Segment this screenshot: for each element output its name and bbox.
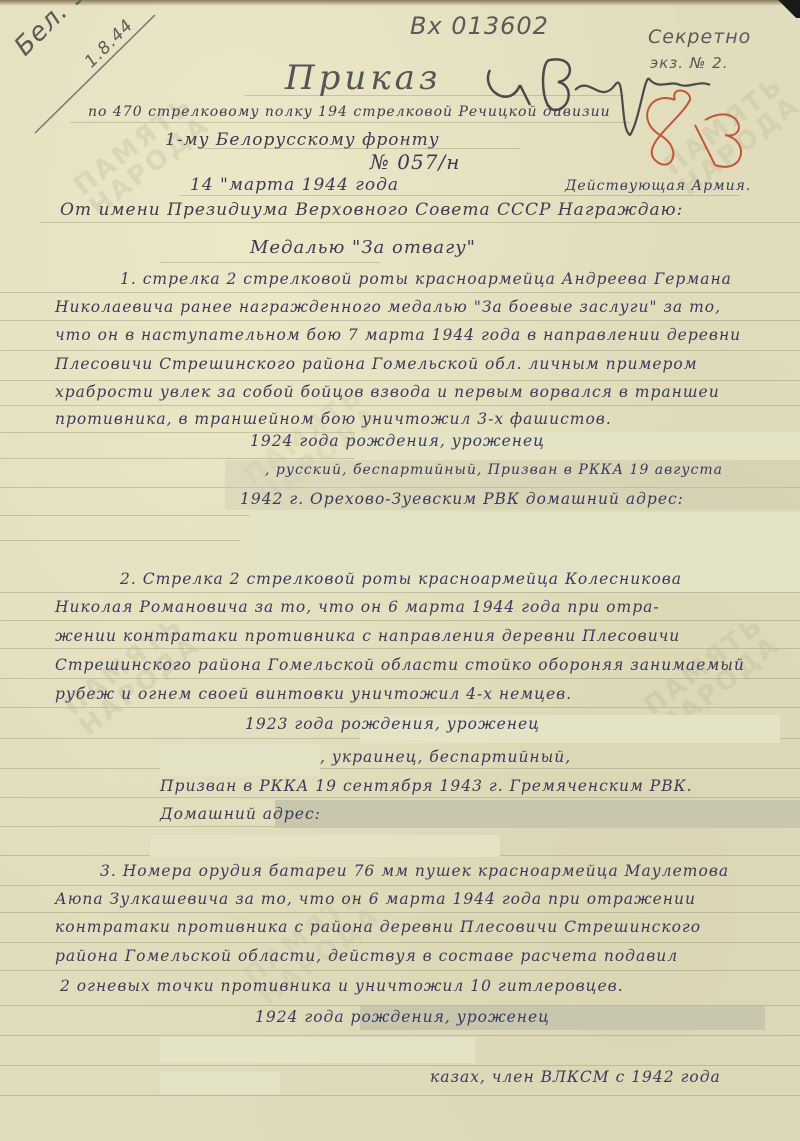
redacted-region (160, 745, 320, 775)
order-date: 14 "марта 1944 года (190, 175, 399, 195)
awardee-line: 2 огневых точки противника и уничтожил 1… (60, 977, 624, 995)
document-title: Приказ (285, 58, 441, 98)
redacted-region (160, 1072, 280, 1094)
order-number: № 057/н (370, 150, 460, 174)
bio-line: Домашний адрес: (160, 805, 321, 823)
awardee-line: 2. Стрелка 2 стрелковой роты красноармей… (120, 570, 682, 588)
redacted-region (275, 800, 800, 828)
redacted-region (150, 835, 500, 857)
birth-line: 1923 года рождения, уроженец (245, 715, 540, 733)
awardee-line: Плесовичи Стрешинского района Гомельской… (55, 355, 698, 373)
medal-name: Медалью "За отвагу" (250, 237, 476, 258)
awardee-line: района Гомельской области, действуя в со… (55, 947, 678, 965)
copy-number: экз. № 2. (650, 54, 729, 72)
bio-line: Призван в РККА 19 сентября 1943 г. Гремя… (160, 777, 693, 795)
preamble: От имени Президиума Верховного Совета СС… (60, 200, 683, 220)
bio-line: , украинец, беспартийный, (320, 748, 571, 766)
awardee-line: Николаевича ранее награжденного медалью … (55, 298, 721, 316)
awardee-line: рубеж и огнем своей винтовки уничтожил 4… (55, 685, 572, 703)
awardee-line: жении контратаки противника с направлени… (55, 627, 680, 645)
classification-label: Секретно (648, 26, 751, 48)
awardee-line: 1. стрелка 2 стрелковой роты красноармей… (120, 270, 732, 288)
army-line: Действующая Армия. (565, 178, 751, 194)
unit-line: по 470 стрелковому полку 194 стрелковой … (88, 104, 611, 120)
awardee-line: Стрешинского района Гомельской области с… (55, 656, 745, 674)
birth-line: 1924 года рождения, уроженец (255, 1008, 550, 1026)
bio-line: 1942 г. Орехово-Зуевским РВК домашний ад… (240, 490, 684, 508)
birth-line: 1924 года рождения, уроженец (250, 432, 545, 450)
awardee-line: Аюпа Зулкашевича за то, что он 6 марта 1… (55, 890, 696, 908)
front-line: 1-му Белорусскому фронту (165, 130, 440, 150)
awardee-line: Николая Романовича за то, что он 6 марта… (55, 598, 660, 616)
awardee-line: контратаки противника с района деревни П… (55, 918, 701, 936)
awardee-line: храбрости увлек за собой бойцов взвода и… (55, 383, 720, 401)
red-crayon-mark-icon (630, 80, 750, 180)
awardee-line: 3. Номера орудия батареи 76 мм пушек кра… (100, 862, 729, 880)
document-page: ПАМЯТЬНАРОДА ПАМЯТЬНАРОДА ПАМЯТЬНАРОДА П… (0, 0, 800, 1141)
bio-line: казах, член ВЛКСМ с 1942 года (430, 1068, 721, 1086)
bio-line: , русский, беспартийный, Призван в РККА … (265, 462, 723, 478)
redacted-region (160, 1037, 475, 1063)
page-corner-fold (770, 0, 800, 18)
awardee-line: противника, в траншейном бою уничтожил 3… (55, 410, 612, 428)
awardee-line: что он в наступательном бою 7 марта 1944… (55, 326, 741, 344)
